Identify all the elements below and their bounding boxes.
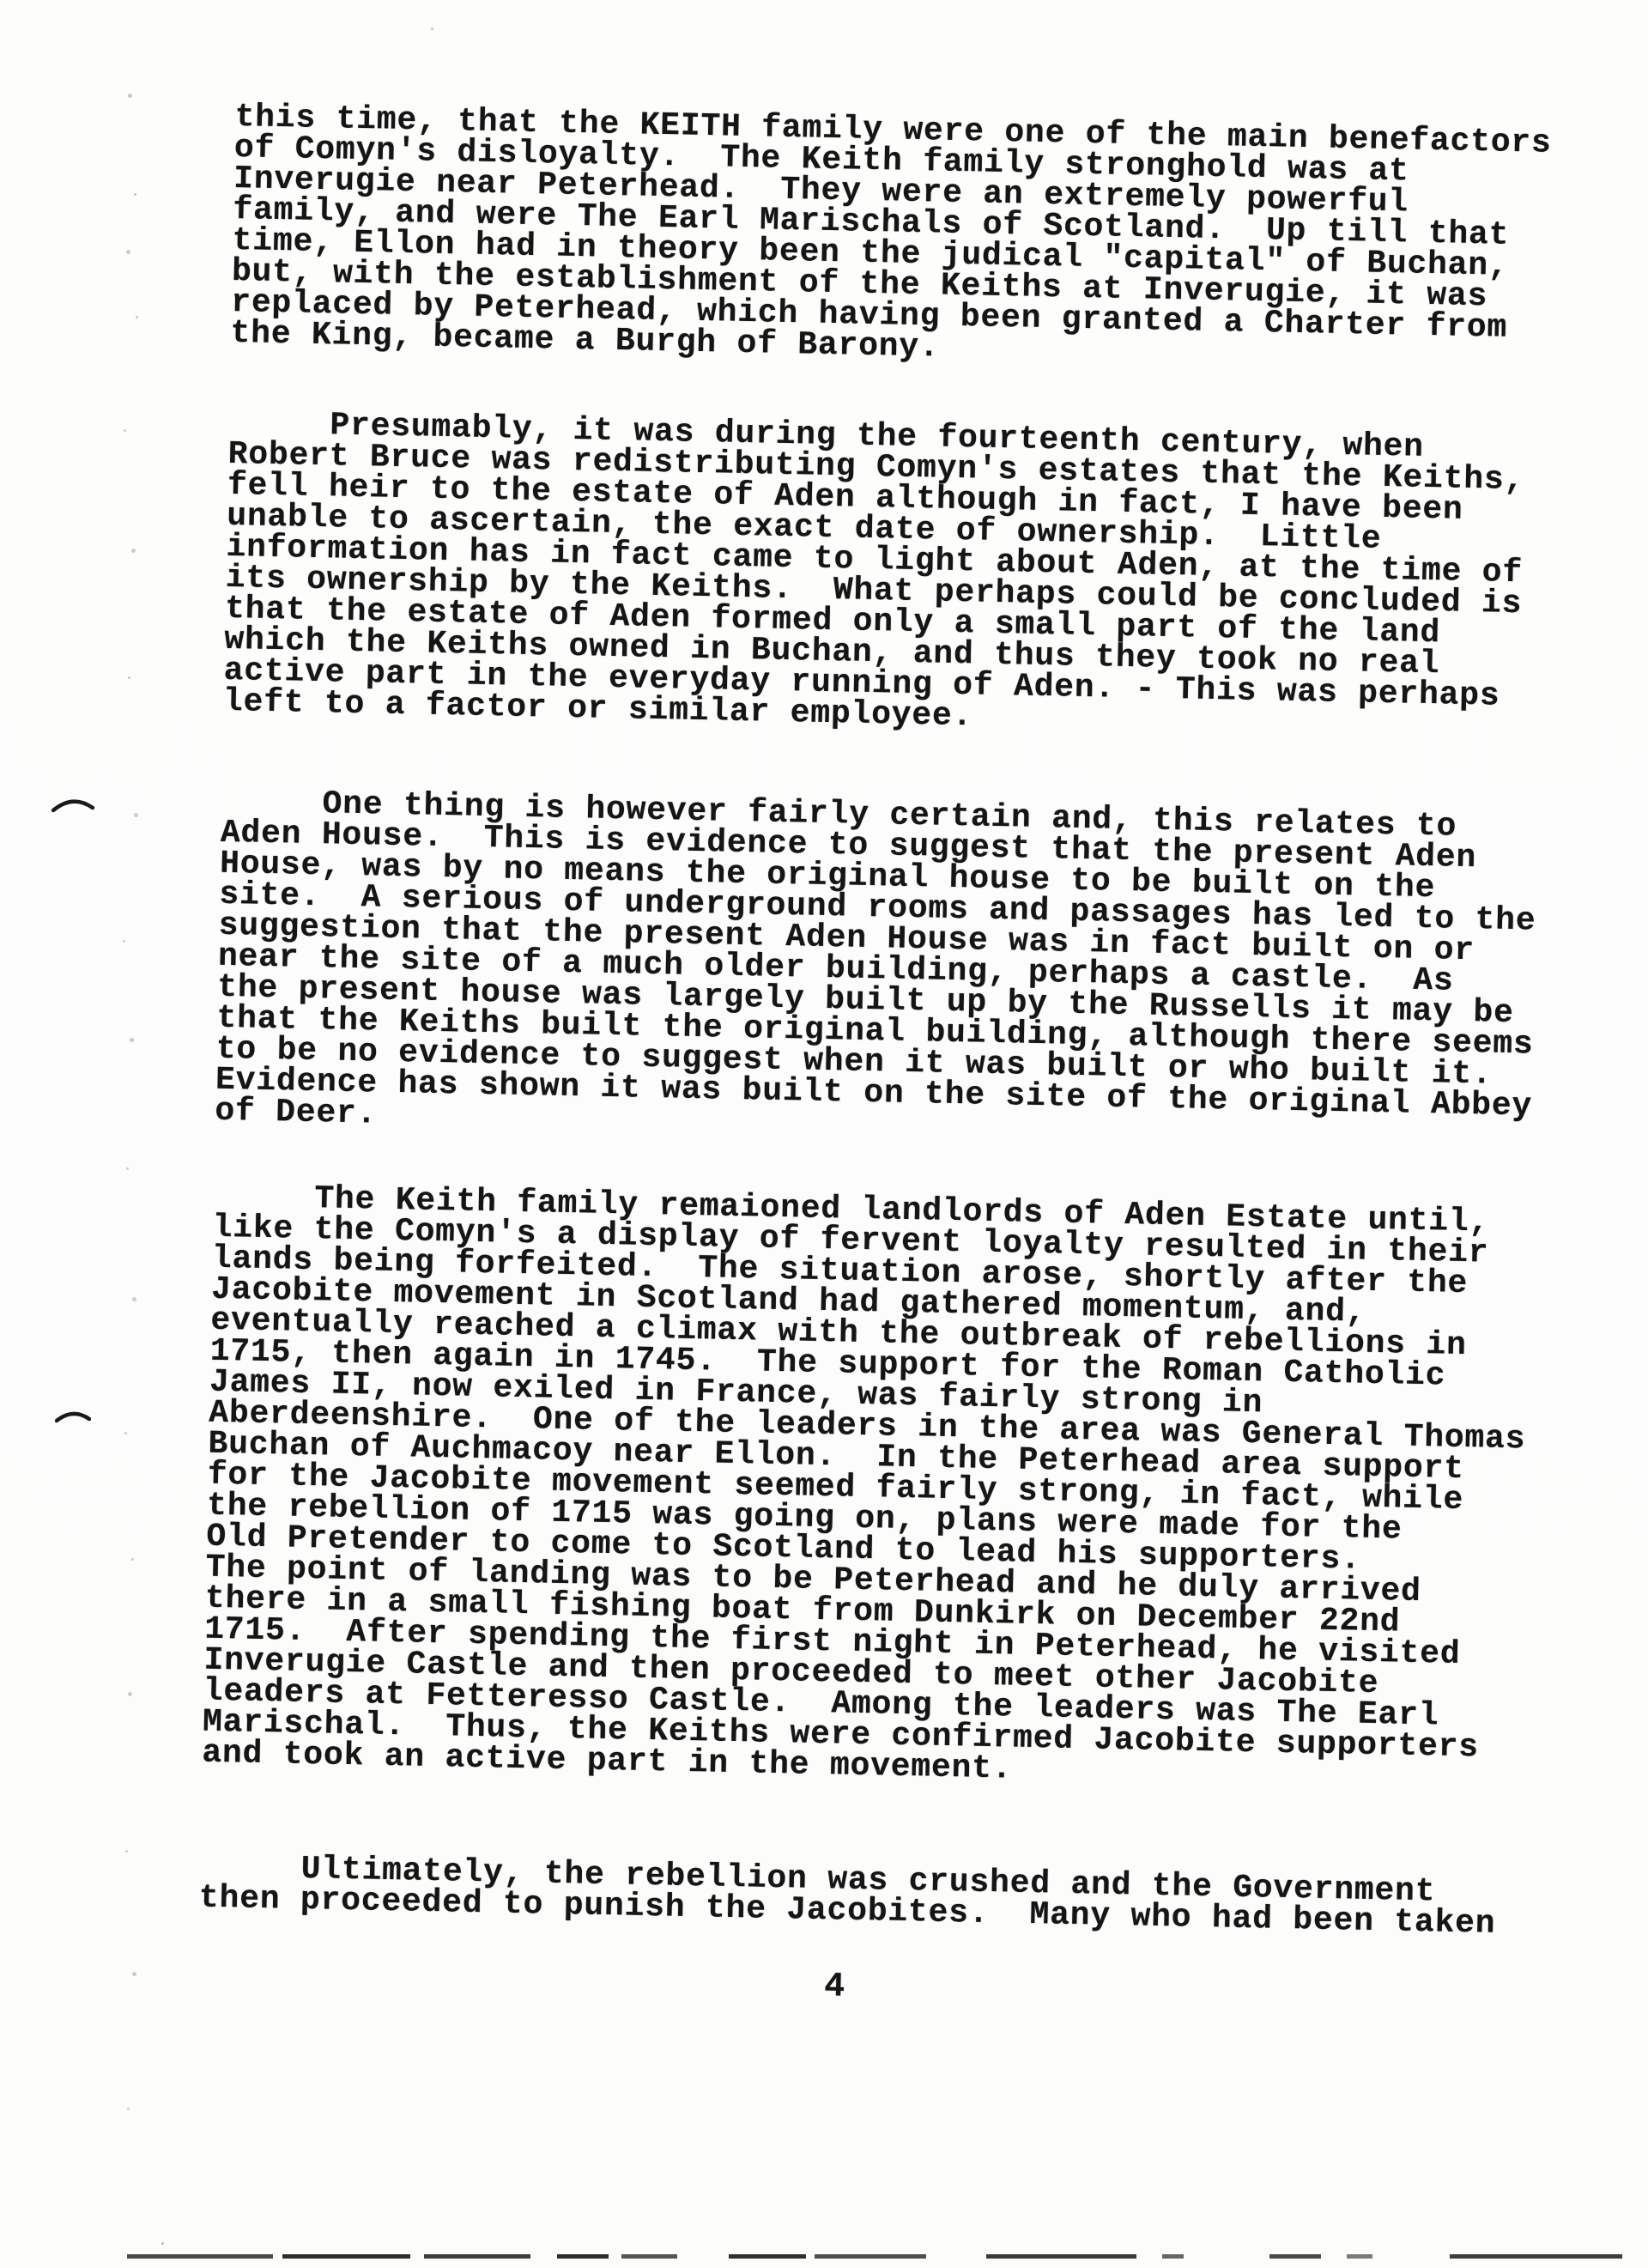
scanned-document-page: { "document": { "page_number": "4", "par…	[0, 0, 1648, 2268]
paragraph-3: One thing is however fairly certain and,…	[215, 787, 1565, 1154]
page-number: 4	[163, 1957, 1506, 2018]
paragraph-1: this time, that the KEITH family were on…	[230, 102, 1578, 376]
scan-speckles	[0, 0, 3, 3]
paragraph-4: The Keith family remaioned landlords of …	[202, 1182, 1556, 1796]
paragraph-2: Presumably, it was during the fourteenth…	[223, 409, 1572, 744]
paragraph-5: Ultimately, the rebellion was crushed an…	[199, 1853, 1543, 1941]
handwritten-arc-mark-icon	[55, 1407, 91, 1424]
page-text-block: this time, that the KEITH family were on…	[197, 102, 1578, 2019]
scan-artifact-dashed-line	[127, 2254, 1622, 2259]
handwritten-arc-mark-icon	[51, 793, 94, 814]
